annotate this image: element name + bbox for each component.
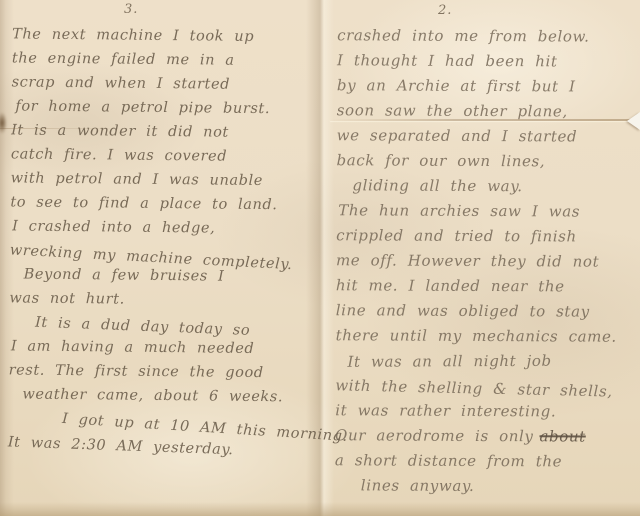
handwritten-line: back for our own lines, (336, 148, 638, 175)
handwritten-line: for home a petrol pipe burst. (15, 94, 319, 121)
handwritten-line: The hun archies saw I was (338, 198, 638, 225)
page-number: 3. (124, 2, 320, 17)
handwritten-line: lines anyway. (361, 473, 637, 499)
letter-page-2: 2. crashed into me from below. I thought… (320, 0, 640, 516)
handwritten-line: the engine failed me in a (12, 46, 320, 73)
handwritten-line: catch fire. I was covered (11, 142, 319, 169)
handwritten-line: I crashed into a hedge, (12, 214, 318, 241)
handwritten-line: we separated and I started (337, 123, 639, 150)
letter-page-3: 3. The next machine I took up the engine… (0, 0, 320, 516)
handwritten-line-with-strikeout: Our aerodrome is onlyabout (335, 423, 637, 450)
handwritten-line: crippled and tried to finish (336, 223, 638, 250)
struck-out-word: about (539, 427, 585, 445)
paper-crease (330, 119, 640, 121)
handwritten-line: was not hurt. (9, 286, 317, 313)
handwritten-line: rest. The first since the good (9, 358, 317, 385)
handwritten-line: I thought I had been hit (337, 48, 639, 75)
handwritten-text-block: The next machine I took up the engine fa… (8, 22, 321, 457)
handwritten-line: It was an all night job (347, 348, 637, 375)
handwritten-line: by an Archie at first but I (337, 73, 639, 100)
handwritten-line: Our aerodrome is only (335, 426, 534, 445)
letter-scan: 3. The next machine I took up the engine… (0, 0, 640, 516)
paper-tear-notch (627, 112, 640, 130)
page-number: 2. (438, 3, 640, 18)
handwritten-line: me off. However they did not (336, 248, 638, 275)
handwritten-line: weather came, about 6 weeks. (22, 383, 316, 410)
handwritten-line: gliding all the way. (352, 173, 638, 199)
handwritten-line: to see to find a place to land. (10, 190, 318, 217)
paper-crease (0, 128, 120, 129)
handwritten-line: there until my mechanics came. (336, 323, 638, 350)
handwritten-line: crashed into me from below. (337, 23, 639, 50)
handwritten-line: with petrol and I was unable (11, 166, 319, 193)
handwritten-line: It is a wonder it did not (11, 118, 319, 145)
handwritten-line: The next machine I took up (12, 22, 320, 49)
handwritten-line: line and was obliged to stay (336, 298, 638, 325)
handwritten-line: a short distance from the (335, 448, 637, 475)
handwritten-line: hit me. I landed near the (336, 273, 638, 300)
handwritten-line: scrap and when I started (12, 70, 320, 97)
handwritten-text-block: crashed into me from below. I thought I … (335, 23, 639, 500)
